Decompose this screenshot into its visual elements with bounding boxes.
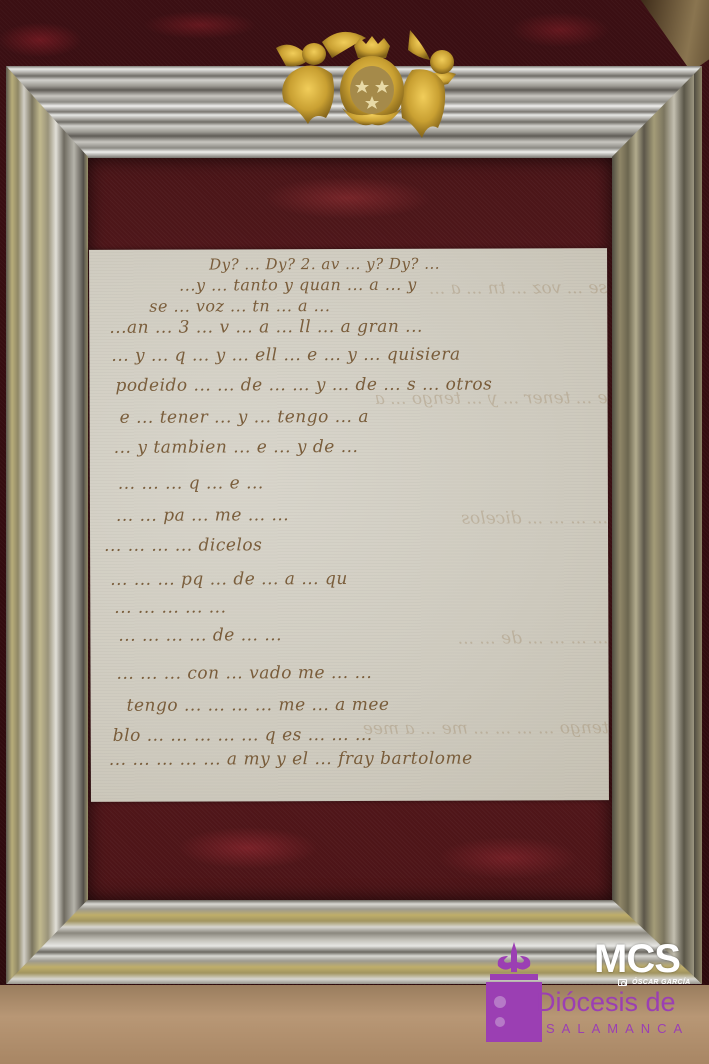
manuscript-line: ... y tambien ... e ... y de ... bbox=[90, 436, 608, 458]
manuscript-line: ... ... ... pq ... de ... a ... qu bbox=[90, 568, 608, 590]
gilded-crest-ornament bbox=[262, 18, 470, 140]
manuscript-line: ... ... ... ... ... a my y el ... fray b… bbox=[91, 748, 609, 770]
fleur-de-lis-emblem-icon bbox=[486, 942, 542, 1042]
manuscript-line: Dy? ... Dy? 2. av ... y? Dy? ... bbox=[89, 254, 607, 274]
manuscript-line: ... ... ... ... ... bbox=[90, 596, 608, 618]
manuscript-line: ...an ... 3 ... v ... a ... ll ... a gra… bbox=[89, 316, 607, 338]
frame-left-rail bbox=[6, 66, 88, 984]
org-name-line1: Diócesis de bbox=[536, 988, 676, 1016]
manuscript-line: se ... voz ... tn ... a ... bbox=[89, 295, 607, 316]
manuscript-line: ... ... ... ... dicelos bbox=[90, 534, 608, 556]
manuscript-line: tengo ... ... ... ... me ... a mee bbox=[91, 694, 609, 716]
frame-right-rail bbox=[612, 66, 702, 984]
manuscript-line: ... ... ... q ... e ... bbox=[90, 472, 608, 494]
photo-credit: ÓSCAR GARCÍA bbox=[632, 979, 690, 986]
watermark: MCS ÓSCAR GARCÍA Diócesis de SALAMANCA bbox=[486, 938, 698, 1042]
mcs-logo: MCS bbox=[594, 938, 680, 980]
manuscript-line: podeido ... ... de ... ... y ... de ... … bbox=[89, 374, 607, 396]
manuscript-line: ...y ... tanto y quan ... a ... y bbox=[89, 274, 607, 295]
manuscript-line: ... ... pa ... me ... ... bbox=[90, 504, 608, 526]
manuscript-line: ... ... ... con ... vado me ... ... bbox=[90, 662, 608, 684]
crest-icon bbox=[262, 18, 470, 140]
manuscript-line: ... y ... q ... y ... ell ... e ... y ..… bbox=[89, 344, 607, 366]
manuscript-paper: se ... voz ... tn ... a ... e ... tener … bbox=[89, 248, 609, 802]
manuscript-line: blo ... ... ... ... ... q es ... ... ... bbox=[91, 724, 609, 746]
org-name-line2: SALAMANCA bbox=[546, 1022, 689, 1036]
manuscript-line: ... ... ... ... de ... ... bbox=[90, 624, 608, 646]
manuscript-line: e ... tener ... y ... tengo ... a bbox=[90, 406, 608, 428]
camera-icon bbox=[618, 979, 627, 986]
